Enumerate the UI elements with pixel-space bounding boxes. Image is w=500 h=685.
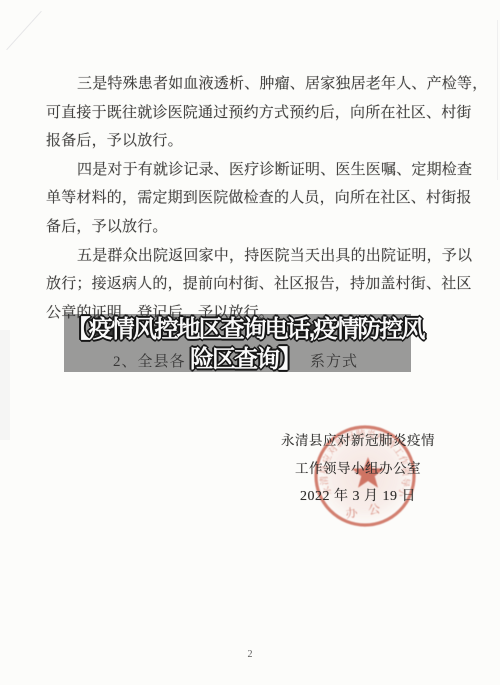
- caption-line-2: 险区查询】: [55, 345, 435, 375]
- page-number: 2: [242, 649, 258, 660]
- scanned-document-page: 三是特殊患者如血液透析、肿瘤、居家独居老年人、产检等， 可直接于既往就诊医院通过…: [0, 0, 500, 685]
- stamp-date: 2022 年 3 月 19 日: [300, 485, 416, 505]
- paragraph-line: 可直接于既往就诊医院通过预约方式预约后，向所在社区、村街: [46, 99, 458, 128]
- paragraph-line: 五是群众出院返回家中，持医院当天出具的出院证明，予以: [46, 242, 458, 271]
- paragraph-line: 三是特殊患者如血液透析、肿瘤、居家独居老年人、产检等，: [46, 70, 458, 99]
- paragraph-line: 放行；接返病人的，提前向村街、社区报告，持加盖村街、社区: [46, 270, 458, 299]
- document-body: 三是特殊患者如血液透析、肿瘤、居家独居老年人、产检等， 可直接于既往就诊医院通过…: [46, 70, 458, 327]
- scan-artifact-diagonal-line: [6, 11, 42, 50]
- scan-artifact-shading: [0, 330, 10, 440]
- caption-overlay-title: 【疫情风控地区查询电话,疫情防控风 险区查询】: [55, 315, 435, 374]
- caption-line-1: 【疫情风控地区查询电话,疫情防控风: [55, 315, 435, 345]
- stamp-org-line-1: 永清县应对新冠肺炎疫情: [281, 429, 435, 449]
- scan-artifact-edge-line: [497, 20, 498, 180]
- paragraph-line: 备后，予以放行。: [46, 213, 458, 242]
- paragraph-line: 单等材料的，需定期到医院做检查的人员，向所在社区、村街报: [46, 184, 458, 213]
- stamp-org-line-2: 工作领导小组办公室: [295, 457, 421, 477]
- paragraph-line: 四是对于有就诊记录、医疗诊断证明、医生医嘱、定期检查: [46, 156, 458, 185]
- paragraph-line: 报备后，予以放行。: [46, 127, 458, 156]
